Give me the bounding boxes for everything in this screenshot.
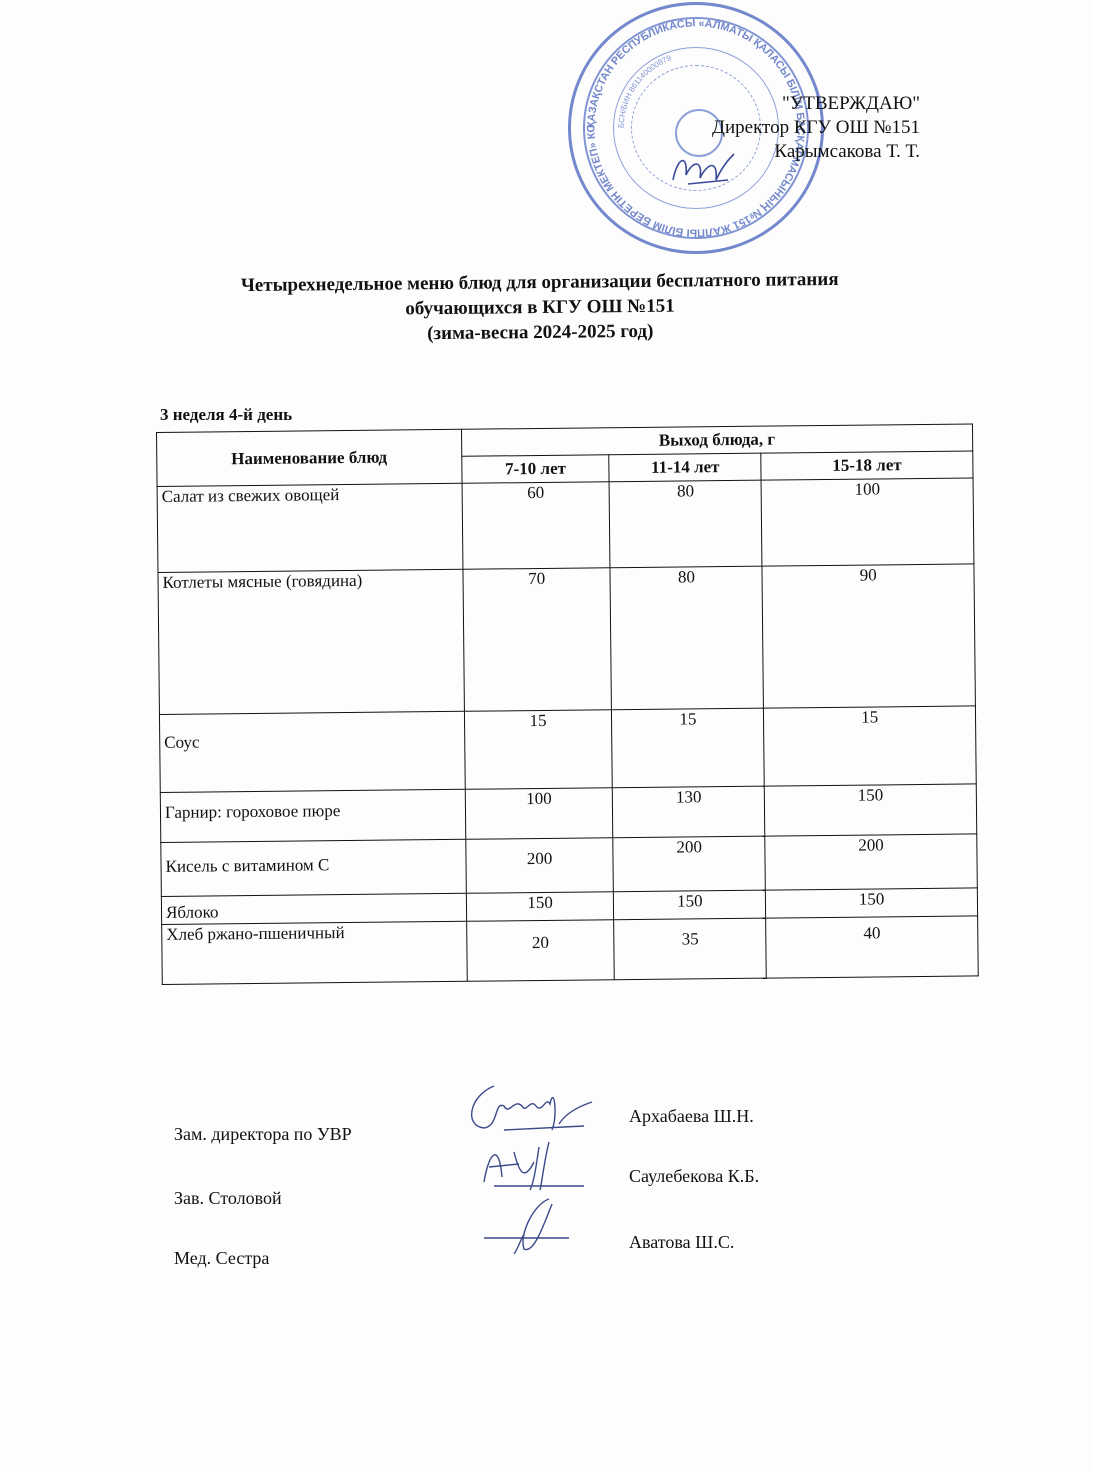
- signature-name: Архабаева Ш.Н.: [629, 1106, 754, 1127]
- dish-name: Хлеб ржано-пшеничный: [162, 921, 467, 984]
- table-row: Котлеты мясные (говядина) 70 80 90: [158, 564, 975, 715]
- table-row: Салат из свежих овощей 60 80 100: [157, 478, 974, 573]
- header-dish-name: Наименование блюд: [157, 429, 462, 486]
- signature-role: Зав. Столовой: [174, 1188, 282, 1209]
- director-signature: [668, 150, 738, 190]
- portion-value: 80: [610, 566, 763, 710]
- portion-value: 60: [462, 482, 611, 570]
- portion-value: 100: [465, 788, 613, 840]
- portion-value: 150: [614, 890, 766, 920]
- week-day-label: 3 неделя 4-й день: [160, 405, 292, 425]
- portion-value: 15: [464, 710, 613, 790]
- dish-name: Кисель с витамином С: [161, 839, 466, 896]
- portion-value: 90: [762, 564, 975, 708]
- signature-row: Мед. Сестра Аватова Ш.С.: [174, 1218, 824, 1258]
- portion-value: 100: [761, 478, 974, 566]
- svg-text:БСН/БИН 861140000879: БСН/БИН 861140000879: [617, 53, 673, 128]
- portion-value: 80: [610, 480, 763, 568]
- table-row: Соус 15 15 15: [159, 706, 976, 793]
- portion-value: 150: [466, 892, 614, 922]
- approval-heading: "УТВЕРЖДАЮ": [680, 92, 920, 116]
- signature-name: Аватова Ш.С.: [629, 1232, 734, 1253]
- table-row: Гарнир: гороховое пюре 100 130 150: [160, 784, 976, 843]
- portion-value: 150: [765, 784, 977, 836]
- table-row: Хлеб ржано-пшеничный 20 35 40: [162, 916, 979, 985]
- dish-name: Салат из свежих овощей: [157, 483, 463, 572]
- portion-value: 150: [766, 888, 978, 918]
- signature-scribble: [464, 1194, 594, 1254]
- portion-value: 40: [766, 916, 978, 978]
- signature-name: Саулебекова К.Б.: [629, 1166, 759, 1187]
- header-age-group: 15-18 лет: [761, 451, 973, 480]
- portion-value: 20: [466, 920, 614, 982]
- portion-value: 200: [613, 836, 765, 892]
- portion-value: 200: [465, 838, 613, 894]
- portion-value: 130: [613, 786, 765, 838]
- header-age-group: 11-14 лет: [609, 453, 761, 482]
- portion-value: 15: [612, 708, 765, 788]
- dish-name: Яблоко: [161, 893, 466, 924]
- signature-role: Зам. директора по УВР: [174, 1124, 352, 1145]
- dish-name: Соус: [159, 711, 464, 792]
- menu-table: Наименование блюд Выход блюда, г 7-10 ле…: [156, 423, 979, 985]
- dish-name: Гарнир: гороховое пюре: [160, 789, 465, 842]
- dish-name: Котлеты мясные (говядина): [158, 569, 464, 714]
- portion-value: 15: [764, 706, 977, 786]
- signatures-block: Зам. директора по УВР Архабаева Ш.Н. Зав…: [174, 1100, 824, 1300]
- table-row: Кисель с витамином С 200 200 200: [161, 834, 978, 897]
- signature-scribble: [464, 1132, 594, 1192]
- document-title: Четырехнедельное меню блюд для организац…: [180, 266, 901, 349]
- signature-scribble: [464, 1076, 594, 1136]
- portion-value: 35: [614, 918, 766, 980]
- portion-value: 70: [463, 568, 612, 712]
- portion-value: 200: [765, 834, 977, 890]
- header-age-group: 7-10 лет: [461, 455, 609, 484]
- approval-position: Директор КГУ ОШ №151: [680, 116, 920, 140]
- signature-row: Зав. Столовой Саулебекова К.Б.: [174, 1156, 824, 1196]
- signature-role: Мед. Сестра: [174, 1248, 269, 1269]
